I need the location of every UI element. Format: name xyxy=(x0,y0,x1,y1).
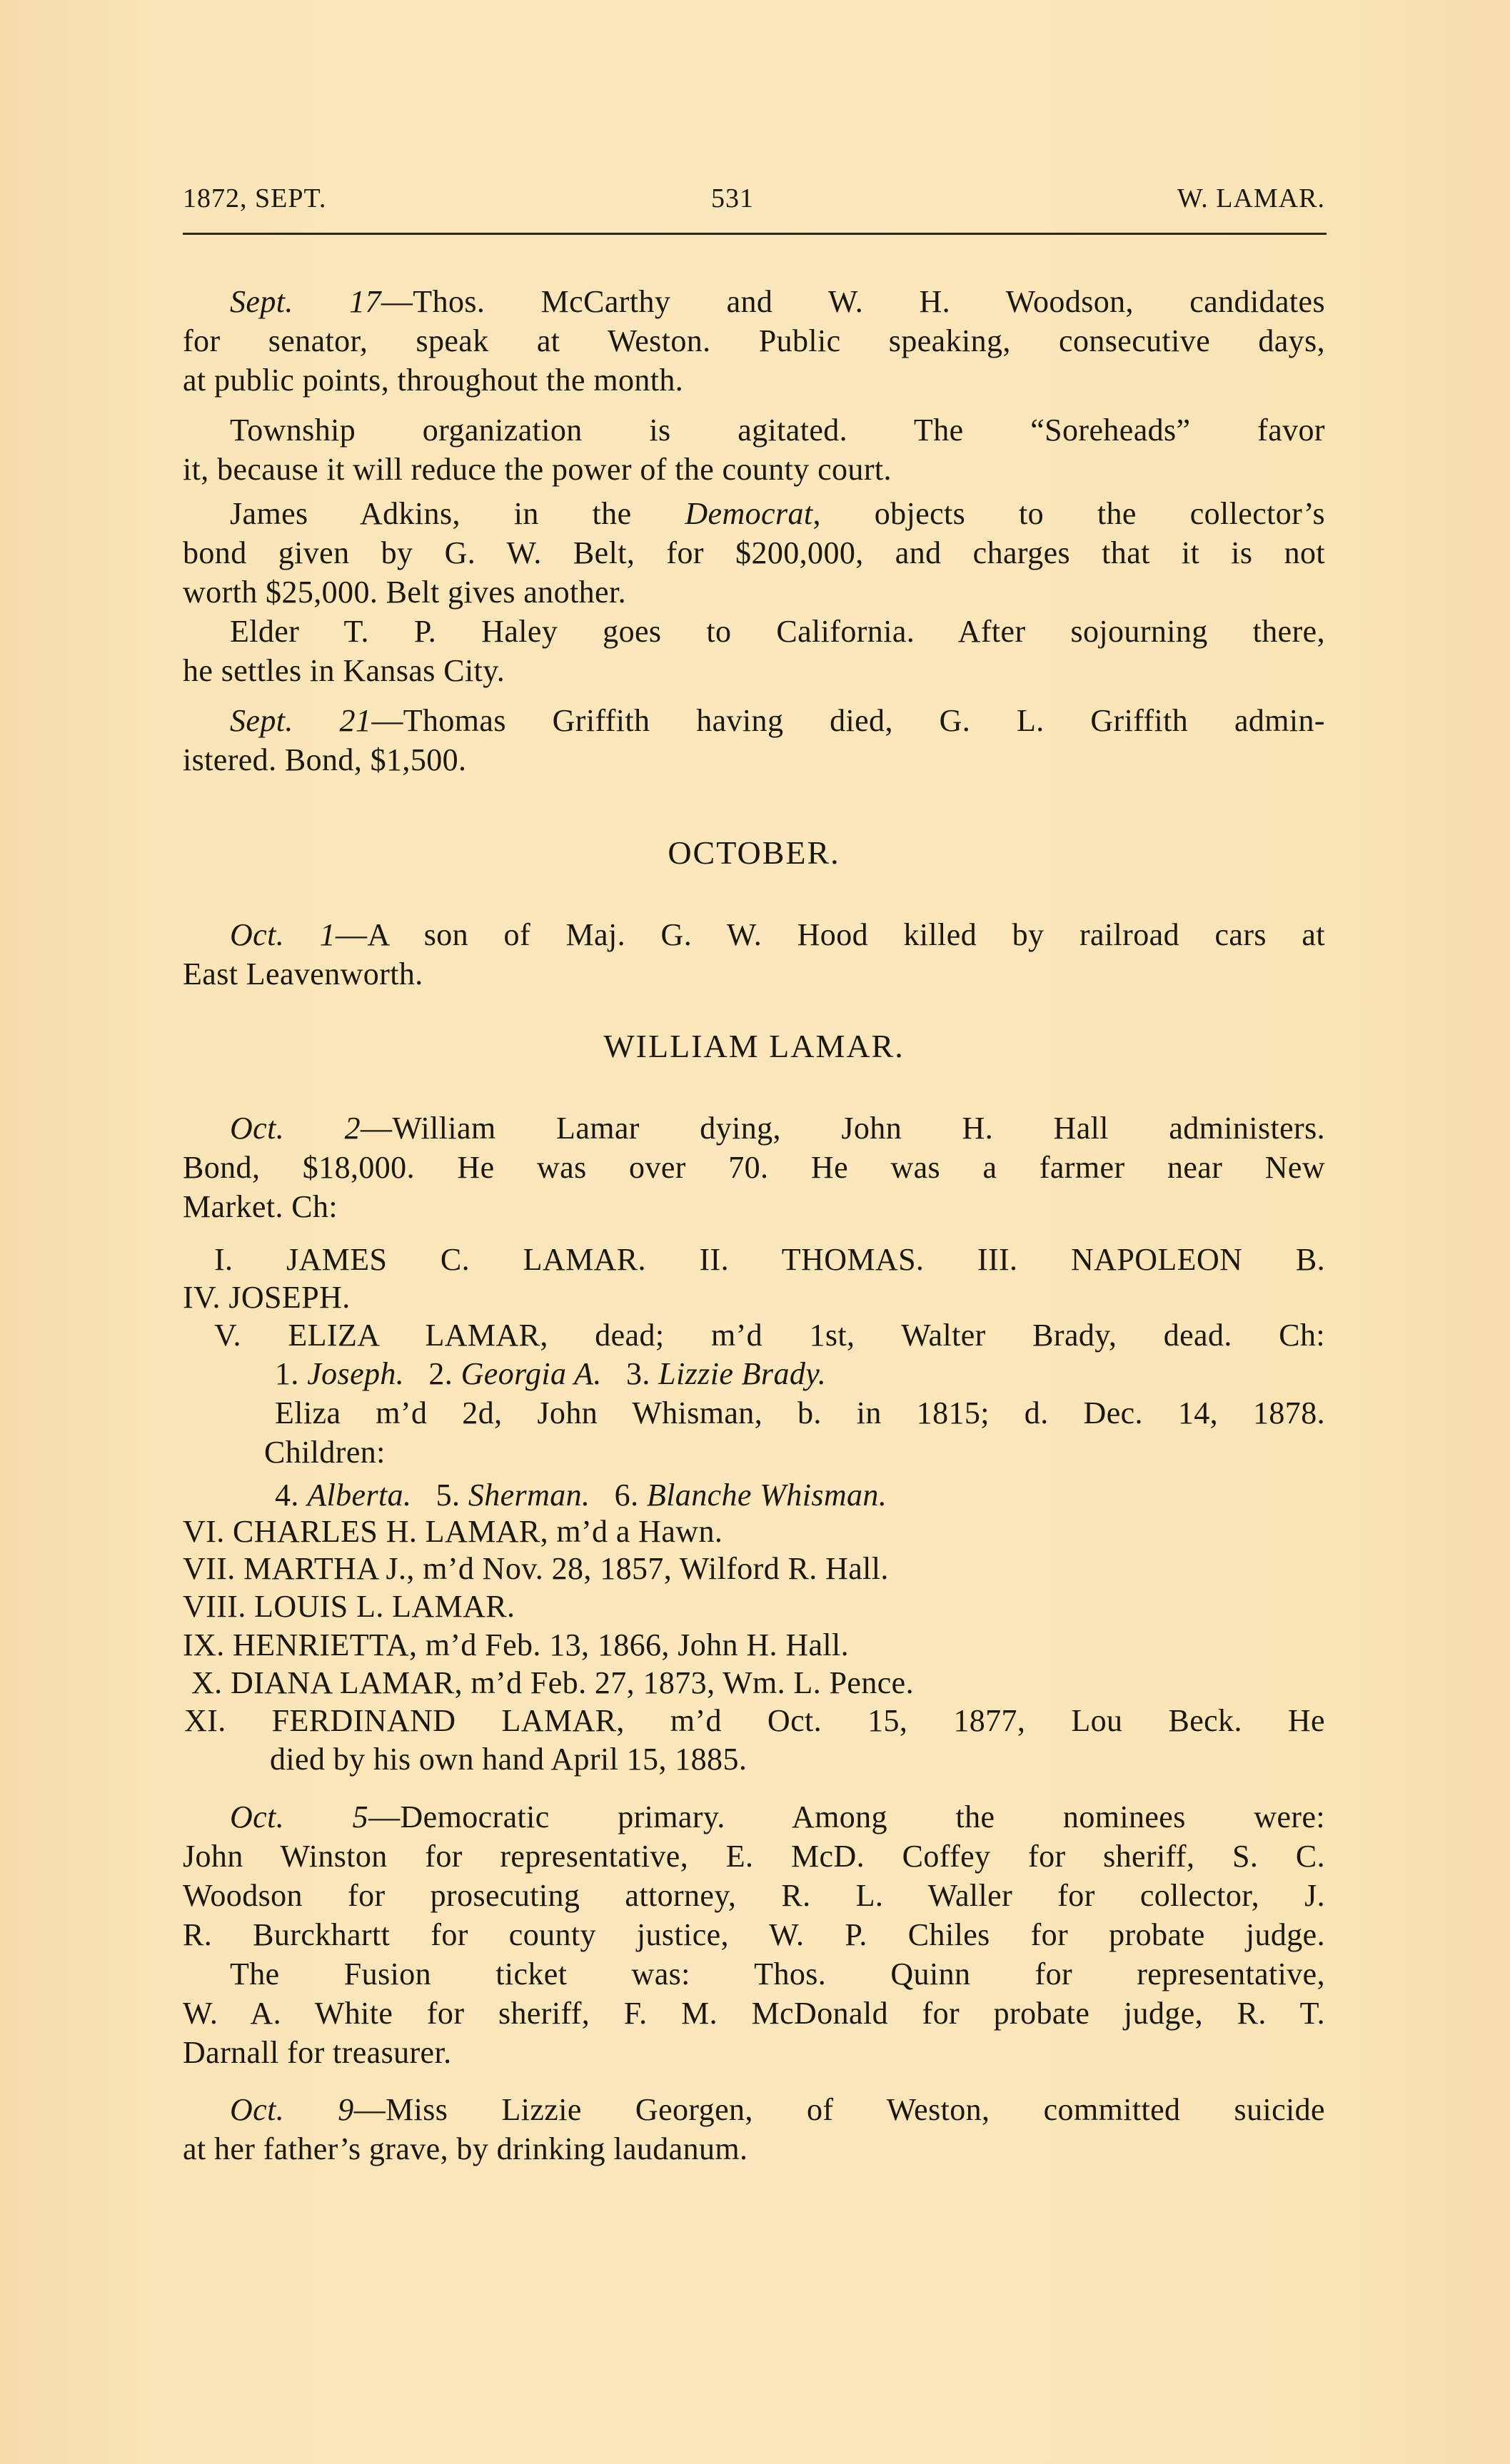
child-row-9: IX. HENRIETTA, m’d Feb. 13, 1866, John H… xyxy=(183,1625,1325,1665)
child-row-4: IV. JOSEPH. xyxy=(183,1278,1325,1317)
eliza-children-second-marriage: 4. Alberta. 5. Sherman. 6. Blanche Whism… xyxy=(275,1475,1417,1515)
newspaper-title: Democrat xyxy=(685,496,812,531)
fusion-line-1: The Fusion ticket was: Thos. Quinn for r… xyxy=(230,1954,1325,1994)
entry-sept21-line-1: Sept. 21—Thomas Griffith having died, G.… xyxy=(230,701,1325,740)
entry-oct5-line-2: John Winston for representative, E. McD.… xyxy=(183,1837,1325,1876)
adkins-line-2: bond given by G. W. Belt, for $200,000, … xyxy=(183,533,1325,572)
entry-oct5-line-3: Woodson for prosecuting attorney, R. L. … xyxy=(183,1876,1325,1915)
adkins-line-3: worth $25,000. Belt gives another. xyxy=(183,572,1325,612)
page-number: 531 xyxy=(711,183,754,214)
child-row-6: VI. CHARLES H. LAMAR, m’d a Hawn. xyxy=(183,1512,1325,1551)
child-row-1: I. JAMES C. LAMAR. II. THOMAS. III. NAPO… xyxy=(214,1240,1325,1279)
running-head-date: 1872, SEPT. xyxy=(183,183,326,214)
entry-date: Oct. 2 xyxy=(230,1111,361,1146)
entry-date: Sept. 21 xyxy=(230,703,371,738)
township-line-1: Township organization is agitated. The “… xyxy=(230,410,1325,450)
entry-oct5-line-4: R. Burckhartt for county justice, W. P. … xyxy=(183,1915,1325,1954)
child-row-11: XI. FERDINAND LAMAR, m’d Oct. 15, 1877, … xyxy=(184,1701,1325,1740)
children-label: Children: xyxy=(264,1433,1406,1472)
entry-date: Oct. 5 xyxy=(230,1799,368,1834)
entry-oct2-line-1: Oct. 2—William Lamar dying, John H. Hall… xyxy=(230,1109,1325,1148)
entry-date: Oct. 1 xyxy=(230,917,336,952)
haley-line-2: he settles in Kansas City. xyxy=(183,651,1325,690)
month-heading: OCTOBER. xyxy=(183,832,1325,874)
fusion-line-3: Darnall for treasurer. xyxy=(183,2033,1325,2072)
entry-sept17-line-3: at public points, throughout the month. xyxy=(183,360,1325,400)
fusion-line-2: W. A. White for sheriff, F. M. McDonald … xyxy=(183,1994,1325,2033)
child-row-11-cont: died by his own hand April 15, 1885. xyxy=(270,1740,1412,1779)
header-rule xyxy=(183,233,1327,235)
entry-oct2-line-3: Market. Ch: xyxy=(183,1187,1325,1226)
entry-date: Sept. 17 xyxy=(230,284,381,319)
child-row-8: VIII. LOUIS L. LAMAR. xyxy=(183,1587,1325,1626)
entry-date: Oct. 9 xyxy=(230,2092,354,2127)
entry-oct9-line-2: at her father’s grave, by drinking lauda… xyxy=(183,2129,1325,2168)
child-row-10: X. DIANA LAMAR, m’d Feb. 27, 1873, Wm. L… xyxy=(191,1663,1334,1702)
section-heading: WILLIAM LAMAR. xyxy=(183,1025,1325,1068)
entry-oct1-line-2: East Leavenworth. xyxy=(183,954,1325,994)
book-page: 1872, SEPT. 531 W. LAMAR. Sept. 17—Thos.… xyxy=(0,0,1510,2464)
eliza-children-first-marriage: 1. Joseph. 2. Georgia A. 3. Lizzie Brady… xyxy=(275,1354,1417,1393)
child-row-5: V. ELIZA LAMAR, dead; m’d 1st, Walter Br… xyxy=(214,1316,1325,1355)
child-row-7: VII. MARTHA J., m’d Nov. 28, 1857, Wilfo… xyxy=(183,1549,1325,1588)
entry-oct2-line-2: Bond, $18,000. He was over 70. He was a … xyxy=(183,1148,1325,1187)
township-line-2: it, because it will reduce the power of … xyxy=(183,450,1325,489)
eliza-second-marriage: Eliza m’d 2d, John Whisman, b. in 1815; … xyxy=(275,1393,1325,1433)
haley-line-1: Elder T. P. Haley goes to California. Af… xyxy=(230,612,1325,651)
entry-oct1-line-1: Oct. 1—A son of Maj. G. W. Hood killed b… xyxy=(230,915,1325,954)
entry-sept17-line-2: for senator, speak at Weston. Public spe… xyxy=(183,321,1325,360)
entry-oct9-line-1: Oct. 9—Miss Lizzie Georgen, of Weston, c… xyxy=(230,2090,1325,2129)
running-head-title: W. LAMAR. xyxy=(1177,183,1325,214)
adkins-line-1: James Adkins, in the Democrat, objects t… xyxy=(230,494,1325,533)
entry-sept21-line-2: istered. Bond, $1,500. xyxy=(183,740,1325,779)
entry-oct5-line-1: Oct. 5—Democratic primary. Among the nom… xyxy=(230,1797,1325,1837)
running-head: 1872, SEPT. 531 W. LAMAR. xyxy=(183,177,1325,220)
entry-sept17-line-1: Sept. 17—Thos. McCarthy and W. H. Woodso… xyxy=(230,282,1325,321)
